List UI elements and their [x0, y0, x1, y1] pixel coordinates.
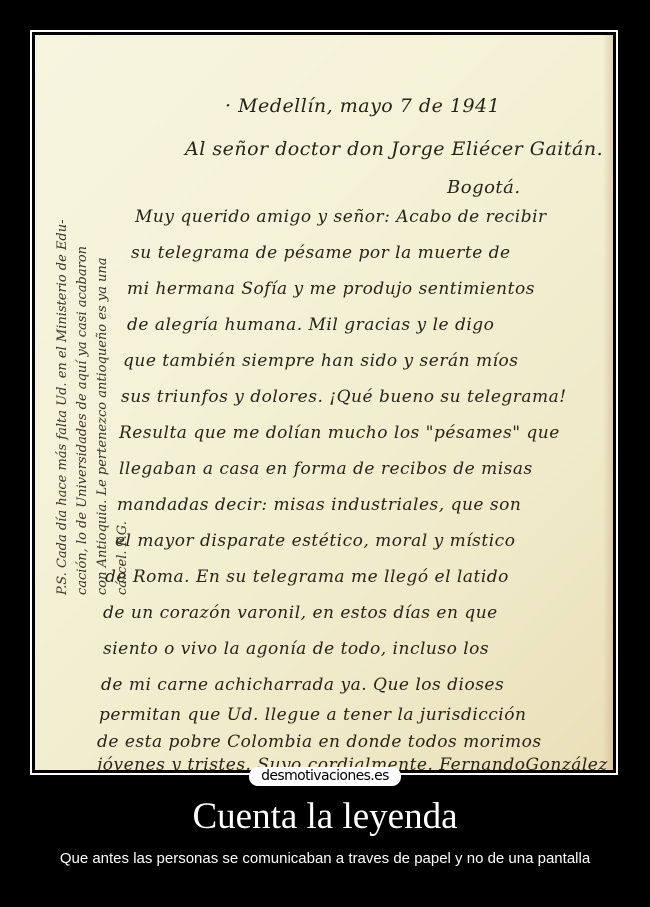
handwritten-letter-image: · Medellín, mayo 7 de 1941 Al señor doct…	[35, 35, 613, 770]
letter-line: que también siempre han sido y serán mío…	[123, 351, 518, 371]
letter-date: · Medellín, mayo 7 de 1941	[225, 95, 500, 117]
letter-line: mandadas decir: misas industriales, que …	[117, 495, 521, 515]
watermark-logo: desmotivaciones.es	[249, 767, 401, 786]
letter-line: de un corazón varonil, en estos días en …	[103, 603, 498, 623]
letter-line: sus triunfos y dolores. ¡Qué bueno su te…	[121, 387, 567, 407]
letter-line: de alegría humana. Mil gracias y le digo	[127, 315, 494, 335]
letter-line: el mayor disparate estético, moral y mís…	[115, 531, 515, 551]
poster-frame: · Medellín, mayo 7 de 1941 Al señor doct…	[30, 30, 618, 775]
letter-line: de esta pobre Colombia en donde todos mo…	[97, 732, 542, 752]
letter-line: Resulta que me dolían mucho los "pésames…	[119, 423, 560, 443]
postscript-line: cárcel. F.G.	[113, 219, 133, 595]
letter-city: Bogotá.	[447, 177, 521, 198]
poster-title: Cuenta la leyenda	[0, 795, 650, 839]
letter-line: mi hermana Sofía y me produjo sentimient…	[127, 279, 535, 299]
letter-postscript: P.S. Cada día hace más falta Ud. en el M…	[53, 219, 133, 595]
postscript-line: P.S. Cada día hace más falta Ud. en el M…	[53, 219, 73, 595]
letter-line: de mi carne achicharrada ya. Que los dio…	[101, 675, 504, 695]
letter-addressee: Al señor doctor don Jorge Eliécer Gaitán…	[185, 138, 603, 160]
paper-edge	[603, 35, 613, 770]
poster-subtitle: Que antes las personas se comunicaban a …	[20, 849, 630, 868]
letter-line: permitan que Ud. llegue a tener la juris…	[99, 705, 526, 725]
letter-line: siento o vivo la agonía de todo, incluso…	[103, 639, 489, 659]
letter-line: Muy querido amigo y señor: Acabo de reci…	[135, 207, 547, 227]
postscript-line: con Antioquia. Le pertenezco antioqueño …	[93, 219, 113, 595]
letter-line: llegaban a casa en forma de recibos de m…	[119, 459, 533, 479]
letter-line: su telegrama de pésame por la muerte de	[131, 243, 511, 263]
letter-line: de Roma. En su telegrama me llegó el lat…	[105, 567, 509, 587]
postscript-line: cación, lo de Universidades de aquí ya c…	[73, 219, 93, 595]
